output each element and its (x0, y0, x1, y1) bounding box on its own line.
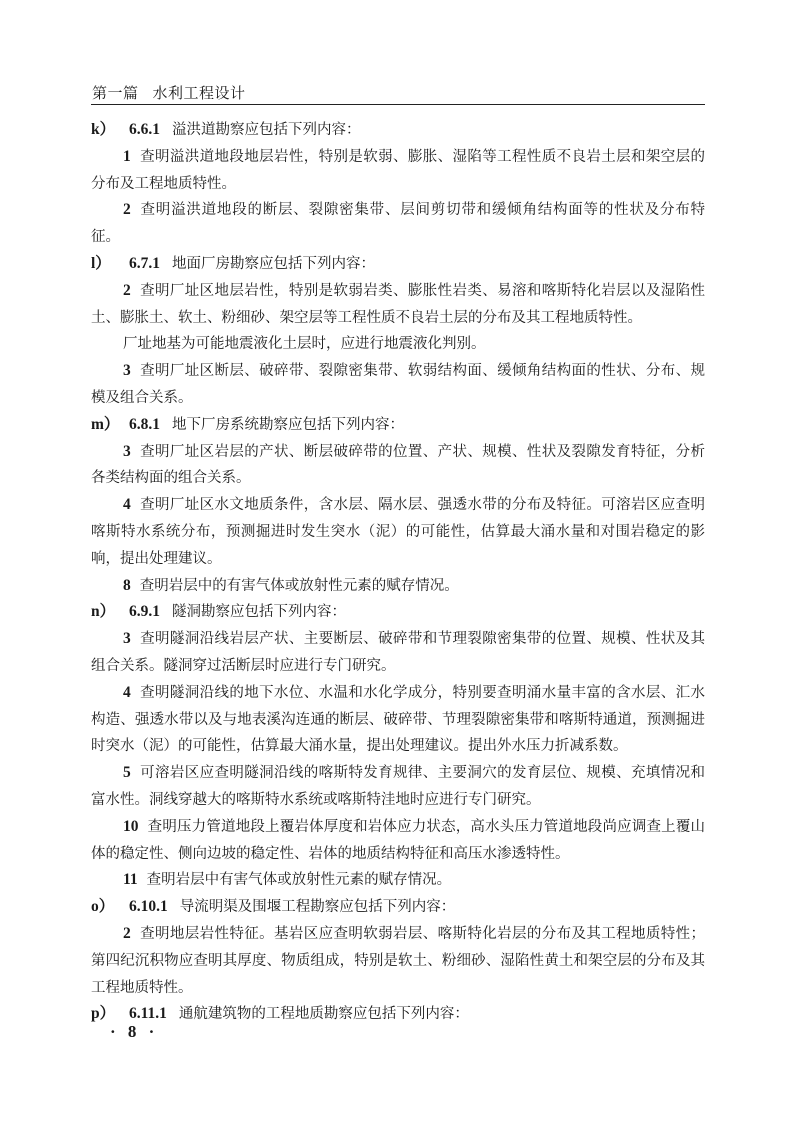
header-rule (91, 104, 705, 105)
item-text: 查明厂址区水文地质条件，含水层、隔水层、强透水带的分布及特征。可溶岩区应查明喀斯… (91, 497, 705, 567)
clause-note: 厂址地基为可能地震液化土层时，应进行地震液化判别。 (91, 331, 705, 358)
item-number: 2 (123, 282, 131, 299)
item-number: 3 (123, 362, 131, 379)
clause-heading: o）6.10.1导流明渠及围堰工程勘察应包括下列内容： (91, 894, 705, 921)
clause-title: 溢洪道勘察应包括下列内容： (172, 122, 361, 138)
item-text: 查明溢洪道地段的断层、裂隙密集带、层间剪切带和缓倾角结构面等的性状及分布特征。 (91, 202, 705, 245)
clause-item: 2查明厂址区地层岩性，特别是软弱岩类、膨胀性岩类、易溶和喀斯特化岩层以及湿陷性土… (91, 278, 705, 332)
document-body: k）6.6.1溢洪道勘察应包括下列内容： 1查明溢洪道地段地层岩性，特别是软弱、… (91, 117, 705, 1028)
item-number: 4 (123, 496, 131, 513)
clause-heading: m）6.8.1地下厂房系统勘察应包括下列内容： (91, 412, 705, 439)
item-number: 5 (123, 764, 131, 781)
clause-title: 通航建筑物的工程地质勘察应包括下列内容： (179, 1006, 469, 1022)
item-number: 8 (123, 577, 131, 594)
clause-item: 3查明厂址区岩层的产状、断层破碎带的位置、产状、规模、性状及裂隙发育特征，分析各… (91, 439, 705, 493)
page-number: · 8 · (110, 1022, 158, 1042)
item-text: 查明厂址区岩层的产状、断层破碎带的位置、产状、规模、性状及裂隙发育特征，分析各类… (91, 444, 705, 487)
item-number: 3 (123, 630, 131, 647)
running-header: 第一篇水利工程设计 (92, 82, 246, 103)
clause-title: 隧洞勘察应包括下列内容： (172, 604, 346, 620)
item-number: 4 (123, 684, 131, 701)
clause-heading: p）6.11.1通航建筑物的工程地质勘察应包括下列内容： (91, 1001, 705, 1028)
clause-heading: n）6.9.1隧洞勘察应包括下列内容： (91, 599, 705, 626)
item-text: 厂址地基为可能地震液化土层时，应进行地震液化判别。 (123, 336, 486, 352)
clause-title: 地下厂房系统勘察应包括下列内容： (172, 417, 404, 433)
item-text: 查明隧洞沿线岩层产状、主要断层、破碎带和节理裂隙密集带的位置、规模、性状及其组合… (91, 631, 705, 674)
item-text: 查明岩层中的有害气体或放射性元素的赋存情况。 (140, 578, 459, 594)
clause-item: 8查明岩层中的有害气体或放射性元素的赋存情况。 (91, 573, 705, 600)
clause-number: 6.6.1 (129, 121, 160, 138)
clause-title: 地面厂房勘察应包括下列内容： (172, 256, 375, 272)
clause-item: 11查明岩层中有害气体或放射性元素的赋存情况。 (91, 867, 705, 894)
clause-number: 6.11.1 (129, 1005, 167, 1022)
list-marker: n） (91, 599, 129, 626)
clause-number: 6.10.1 (129, 898, 168, 915)
part-title: 水利工程设计 (153, 84, 246, 102)
item-text: 查明隧洞沿线的地下水位、水温和水化学成分，特别要查明涌水量丰富的含水层、汇水构造… (91, 685, 705, 755)
clause-number: 6.7.1 (129, 255, 160, 272)
clause-item: 3查明隧洞沿线岩层产状、主要断层、破碎带和节理裂隙密集带的位置、规模、性状及其组… (91, 626, 705, 680)
clause-title: 导流明渠及围堰工程勘察应包括下列内容： (180, 899, 456, 915)
item-number: 11 (123, 871, 138, 888)
item-number: 2 (123, 925, 131, 942)
item-text: 查明地层岩性特征。基岩区应查明软弱岩层、喀斯特化岩层的分布及其工程地质特性；第四… (91, 926, 705, 996)
list-marker: m） (91, 412, 129, 439)
list-marker: k） (91, 117, 129, 144)
clause-item: 5可溶岩区应查明隧洞沿线的喀斯特发育规律、主要洞穴的发育层位、规模、充填情况和富… (91, 760, 705, 814)
clause-item: 2查明溢洪道地段的断层、裂隙密集带、层间剪切带和缓倾角结构面等的性状及分布特征。 (91, 197, 705, 251)
clause-item: 10查明压力管道地段上覆岩体厚度和岩体应力状态，高水头压力管道地段尚应调查上覆山… (91, 814, 705, 868)
item-number: 10 (123, 818, 139, 835)
document-page: 第一篇水利工程设计 k）6.6.1溢洪道勘察应包括下列内容： 1查明溢洪道地段地… (0, 0, 793, 1123)
clause-item: 4查明隧洞沿线的地下水位、水温和水化学成分，特别要查明涌水量丰富的含水层、汇水构… (91, 680, 705, 760)
item-number: 1 (123, 148, 131, 165)
clause-number: 6.8.1 (129, 416, 160, 433)
list-marker: o） (91, 894, 129, 921)
clause-item: 1查明溢洪道地段地层岩性，特别是软弱、膨胀、湿陷等工程性质不良岩土层和架空层的分… (91, 144, 705, 198)
clause-item: 4查明厂址区水文地质条件，含水层、隔水层、强透水带的分布及特征。可溶岩区应查明喀… (91, 492, 705, 572)
item-text: 查明厂址区地层岩性，特别是软弱岩类、膨胀性岩类、易溶和喀斯特化岩层以及湿陷性土、… (91, 283, 705, 326)
item-number: 3 (123, 443, 131, 460)
item-number: 2 (123, 201, 131, 218)
item-text: 查明岩层中有害气体或放射性元素的赋存情况。 (147, 872, 452, 888)
clause-number: 6.9.1 (129, 603, 160, 620)
clause-heading: l）6.7.1地面厂房勘察应包括下列内容： (91, 251, 705, 278)
clause-item: 2查明地层岩性特征。基岩区应查明软弱岩层、喀斯特化岩层的分布及其工程地质特性；第… (91, 921, 705, 1001)
item-text: 查明厂址区断层、破碎带、裂隙密集带、软弱结构面、缓倾角结构面的性状、分布、规模及… (91, 363, 705, 406)
list-marker: l） (91, 251, 129, 278)
clause-heading: k）6.6.1溢洪道勘察应包括下列内容： (91, 117, 705, 144)
clause-item: 3查明厂址区断层、破碎带、裂隙密集带、软弱结构面、缓倾角结构面的性状、分布、规模… (91, 358, 705, 412)
item-text: 查明溢洪道地段地层岩性，特别是软弱、膨胀、湿陷等工程性质不良岩土层和架空层的分布… (91, 149, 705, 192)
item-text: 可溶岩区应查明隧洞沿线的喀斯特发育规律、主要洞穴的发育层位、规模、充填情况和富水… (91, 765, 705, 808)
item-text: 查明压力管道地段上覆岩体厚度和岩体应力状态，高水头压力管道地段尚应调查上覆山体的… (91, 819, 705, 862)
part-label: 第一篇 (92, 84, 139, 102)
